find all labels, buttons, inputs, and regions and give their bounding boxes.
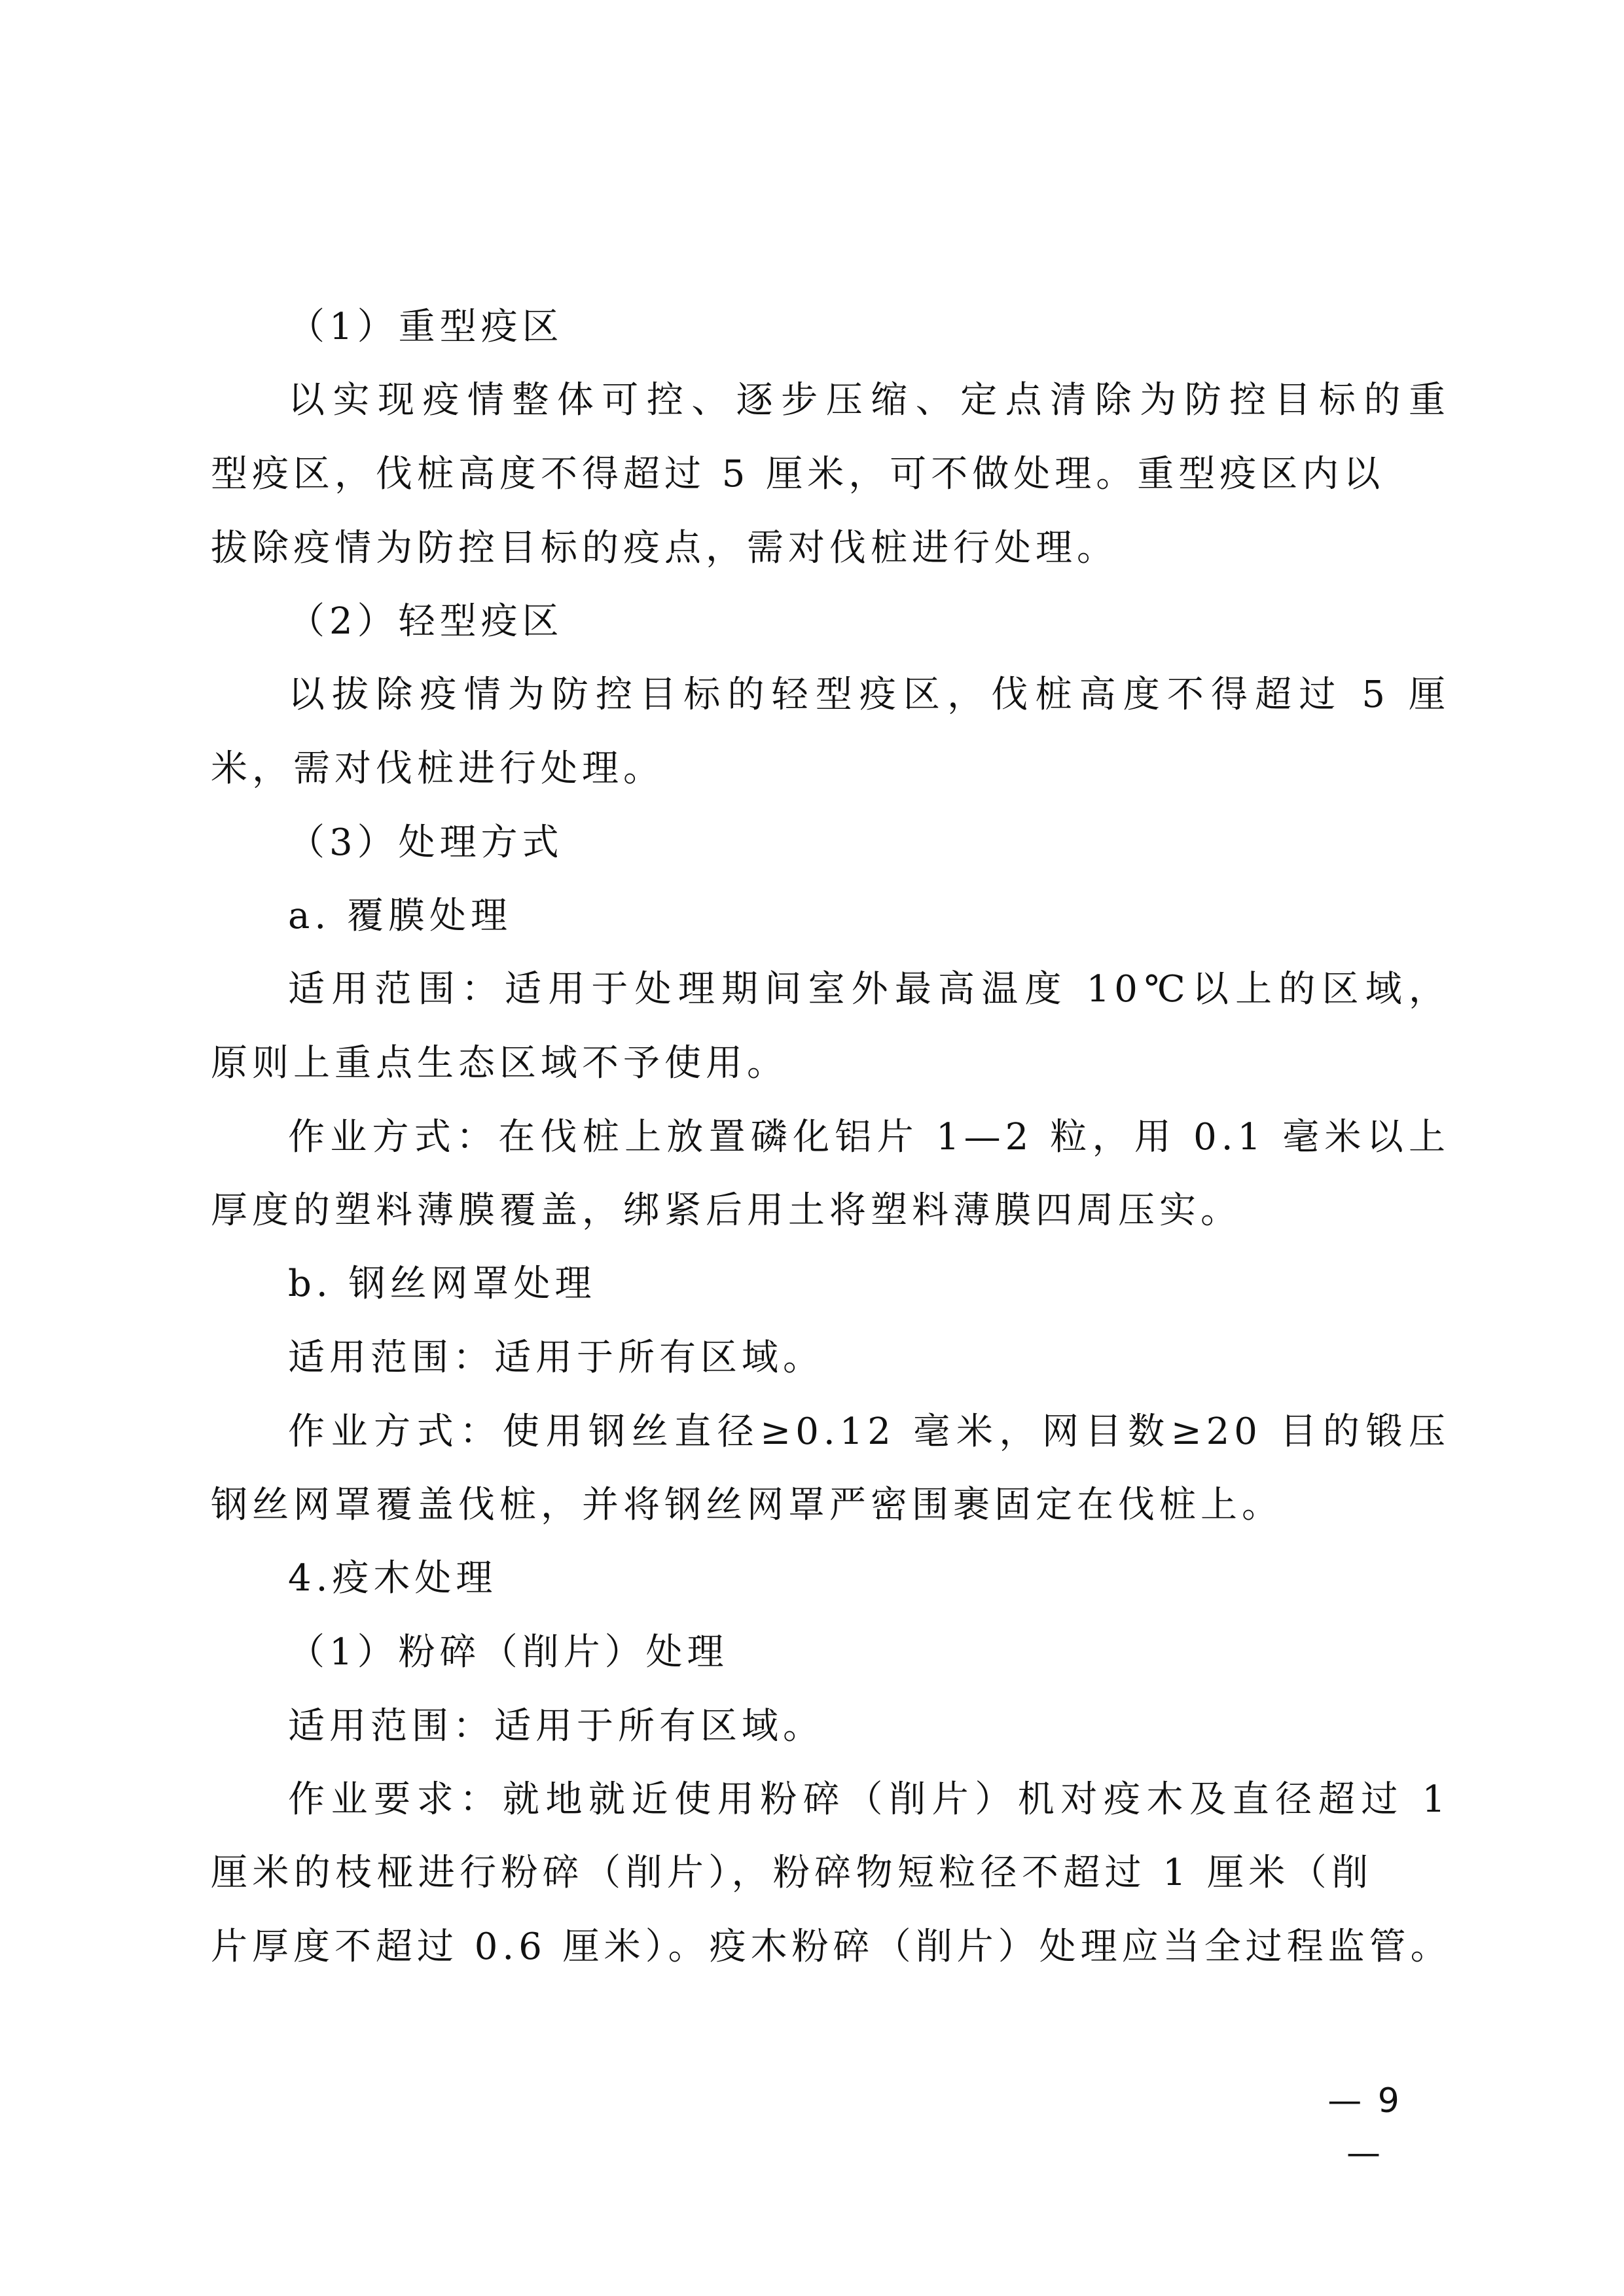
heading-light-infestation-zone: （2）轻型疫区 <box>288 589 1450 655</box>
paragraph-line: 片厚度不超过 0.6 厘米）。疫木粉碎（削片）处理应当全过程监管。 <box>211 1914 1373 1980</box>
paragraph-line: 钢丝网罩覆盖伐桩，并将钢丝网罩严密围裹固定在伐桩上。 <box>211 1473 1373 1538</box>
heading-heavy-infestation-zone: （1）重型疫区 <box>288 295 1450 360</box>
heading-infested-wood-treatment: 4.疫木处理 <box>288 1546 1450 1611</box>
paragraph-line: 米，需对伐桩进行处理。 <box>211 736 1373 802</box>
paragraph-line: 拔除疫情为防控目标的疫点，需对伐桩进行处理。 <box>211 516 1373 581</box>
subheading-film-covering: a. 覆膜处理 <box>288 884 1450 949</box>
paragraph-line: 厚度的塑料薄膜覆盖，绑紧后用土将塑料薄膜四周压实。 <box>211 1178 1373 1244</box>
paragraph-line: 适用范围：适用于处理期间室外最高温度 10℃以上的区域， <box>288 957 1450 1022</box>
paragraph-line: 适用范围：适用于所有区域。 <box>288 1694 1450 1759</box>
paragraph-line: 作业方式：在伐桩上放置磷化铝片 1—2 粒，用 0.1 毫米以上 <box>288 1105 1450 1170</box>
paragraph-line: 原则上重点生态区域不予使用。 <box>211 1031 1373 1096</box>
paragraph-line: 作业方式：使用钢丝直径≥0.12 毫米，网目数≥20 目的锻压 <box>288 1399 1450 1465</box>
document-page: （1）重型疫区 以实现疫情整体可控、逐步压缩、定点清除为防控目标的重 型疫区，伐… <box>0 0 1624 2296</box>
subheading-steel-mesh-cover: b. 钢丝网罩处理 <box>288 1251 1450 1317</box>
paragraph-line: 厘米的枝桠进行粉碎（削片），粉碎物短粒径不超过 1 厘米（削 <box>211 1840 1373 1906</box>
paragraph-line: 作业要求：就地就近使用粉碎（削片）机对疫木及直径超过 1 <box>288 1767 1450 1833</box>
heading-treatment-methods: （3）处理方式 <box>288 810 1450 876</box>
subheading-chipping-treatment: （1）粉碎（削片）处理 <box>288 1620 1450 1685</box>
paragraph-line: 以实现疫情整体可控、逐步压缩、定点清除为防控目标的重 <box>288 368 1450 433</box>
page-number: — 9 — <box>1309 2075 1420 2127</box>
paragraph-line: 适用范围：适用于所有区域。 <box>288 1325 1450 1391</box>
paragraph-line: 以拔除疫情为防控目标的轻型疫区，伐桩高度不得超过 5 厘 <box>288 662 1450 728</box>
paragraph-line: 型疫区，伐桩高度不得超过 5 厘米，可不做处理。重型疫区内以 <box>211 442 1373 507</box>
